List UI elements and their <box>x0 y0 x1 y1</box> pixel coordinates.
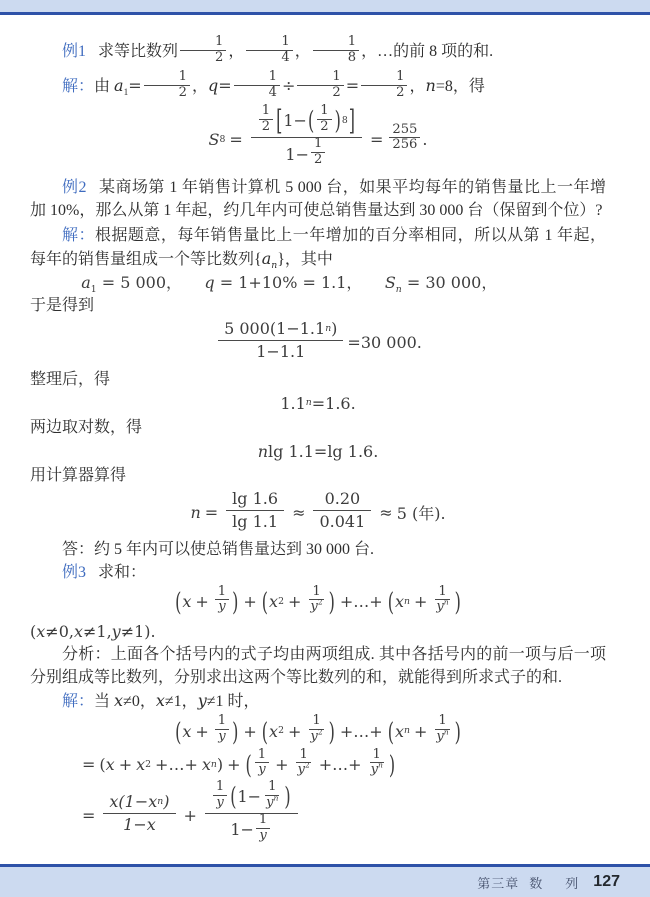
ex3-sum-formula-repeat: (x+1y) + (x2+1y2) +…+ (xn+1yn) <box>30 716 606 746</box>
var-x: x <box>114 691 123 710</box>
y-series-fraction: 1y(1−1yn) 1−1y <box>205 781 298 847</box>
ex2-step1-text: 整理后，得 <box>30 368 606 391</box>
when-tail: ≠1 时， <box>207 693 260 710</box>
q-value: = 1+10% = 1.1， <box>215 273 363 292</box>
page-number: 127 <box>593 873 620 891</box>
comma: ， <box>295 43 311 60</box>
plus: + <box>195 722 208 741</box>
fraction-1-yn: 1yn <box>433 714 451 744</box>
right-paren: ) <box>329 716 335 746</box>
ex3-condition: (x≠0,x≠1,y≠1). <box>30 620 606 643</box>
left-paren: ( <box>388 716 394 746</box>
right-paren: ) <box>329 587 335 617</box>
right-paren: ) <box>232 716 238 746</box>
answer-text: 约 5 年内可以使总销售量达到 30 000 台. <box>94 541 374 558</box>
plus: + <box>195 592 208 611</box>
right-paren: ) <box>455 587 461 617</box>
ellipsis-plus: +…+ <box>340 722 383 741</box>
ellipsis-plus: +…+ <box>155 755 198 774</box>
page-footer: 第三章 数 列 127 <box>0 864 650 897</box>
var-S: S <box>385 273 396 292</box>
ex3-analysis: 分析：上面各个括号内的式子均由两项组成. 其中各括号内的前一项与后一项分别组成等… <box>30 643 606 689</box>
left-paren: ( <box>308 105 314 137</box>
ex1-sol-label: 解： <box>62 78 94 95</box>
fraction-1-y2: 1y2 <box>295 748 313 778</box>
ex1-sol-pre: 由 <box>94 78 114 95</box>
ex2-log-equation: nlg 1.1=lg 1.6. <box>30 442 606 461</box>
answer-label: 答： <box>62 541 94 558</box>
left-paren: ( <box>262 587 268 617</box>
log-text: lg 1.1=lg 1.6. <box>268 442 378 461</box>
neq-1: ≠1， <box>165 693 198 710</box>
equation-rhs: =30 000. <box>347 333 421 352</box>
equals: = <box>218 76 231 95</box>
numerator-x: x(1−x <box>109 792 157 812</box>
var-x: x <box>395 592 404 611</box>
ex2-answer: 答：约 5 年内可以使总销售量达到 30 000 台. <box>30 538 606 561</box>
big-fraction: 5 000(1−1.1n) 1−1.1 <box>218 318 343 363</box>
ex2-follow-text: 于是得到 <box>30 294 606 317</box>
numerator-close: ) <box>331 319 337 339</box>
ex3-solution-intro: 解：当 x≠0，x≠1，y≠1 时， <box>30 689 606 713</box>
fraction-1-2: 12 <box>297 70 343 100</box>
left-paren: ( <box>246 749 252 779</box>
neq-1: ≠1, <box>83 622 112 641</box>
right-paren: ) <box>284 781 290 813</box>
one-minus: 1− <box>238 787 262 807</box>
equals: = <box>346 76 359 95</box>
equals: = <box>82 755 95 774</box>
ex1-label: 例1 <box>62 43 86 60</box>
left-paren: ( <box>175 716 181 746</box>
ex1-intro: 例1求等比数列12，14，18，…的前 8 项的和. <box>30 35 606 69</box>
step-text: 整理后，得 <box>30 371 110 388</box>
var-q: q <box>208 76 218 95</box>
var-x: x <box>395 722 404 741</box>
var-x: x <box>106 755 115 774</box>
ex1-solution-line: 解：由 a1=12，q=14÷12=12，n=8，得 <box>30 69 606 104</box>
left-paren: ( <box>230 781 236 813</box>
approx-sign: ≈ <box>292 503 305 522</box>
ex2-sol-label: 解： <box>62 227 95 244</box>
var-x: x <box>74 622 83 641</box>
var-y: y <box>112 622 121 641</box>
left-paren: ( <box>262 716 268 746</box>
ex2-step3-text: 用计算器算得 <box>30 464 606 487</box>
ex2-solution-intro: 解：根据题意，每年销售量比上一年增加的百分率相同，所以从第 1 年起，每年的销售… <box>30 224 606 271</box>
equals: = <box>370 130 383 149</box>
fraction-1-8: 18 <box>313 35 359 65</box>
rhs: =1.6. <box>312 394 356 413</box>
denominator-text: 1−1.1 <box>256 342 305 362</box>
footer-word-lie: 列 <box>565 873 579 892</box>
ex2-given-values: a1 = 5 000，q = 1+10% = 1.1，Sn = 30 000， <box>81 271 606 294</box>
right-bracket: ] <box>349 104 355 139</box>
ex3-sum-formula: (x+1y) + (x2+1y2) +…+ (xn+1yn) <box>30 587 606 617</box>
fraction-1-yn: 1yn <box>368 748 386 778</box>
ex2-n-result: n= lg 1.6lg 1.1 ≈ 0.200.041 ≈5 (年). <box>30 490 606 535</box>
neq-0: ≠0, <box>45 622 74 641</box>
textbook-page: { "colors": { "accent": "#3e6bbf", "bar-… <box>0 0 650 897</box>
var-a: a <box>114 76 124 95</box>
ellipsis-plus: +…+ <box>319 755 362 774</box>
plus: + <box>227 755 240 774</box>
sn-value: = 30 000， <box>402 273 498 292</box>
fraction-1-y2: 1y2 <box>307 714 325 744</box>
var-y: y <box>198 691 207 710</box>
fraction-1-2: 12 <box>317 104 331 134</box>
analysis-text: 上面各个括号内的式子均由两项组成. 其中各括号内的前一项与后一项分别组成等比数列… <box>30 646 606 686</box>
right-paren: ) <box>455 716 461 746</box>
page-content: 例1求等比数列12，14，18，…的前 8 项的和. 解：由 a1=12，q=1… <box>0 15 650 849</box>
fraction-1-2: 12 <box>311 137 325 167</box>
log-fraction: lg 1.6lg 1.1 <box>226 488 284 533</box>
ex1-s8-formula: S8= 12[1−(12)8] 1−12 = 255256. <box>30 107 606 173</box>
ex3-step-split: = (x+x2+…+xn) + (1y+1y2+…+1yn) <box>30 750 606 780</box>
footer-word-shu: 数 <box>529 873 543 892</box>
var-x: x <box>269 592 278 611</box>
right-paren: ) <box>232 587 238 617</box>
one-minus: 1− <box>230 820 254 840</box>
denominator-x: 1−x <box>123 815 156 835</box>
equals: = <box>128 76 141 95</box>
equals: = <box>229 130 242 149</box>
period: . <box>422 130 427 149</box>
var-x: x <box>202 755 211 774</box>
base: 1.1 <box>280 394 305 413</box>
fraction-1-2: 12 <box>259 104 273 134</box>
footer-bar: 第三章 数 列 127 <box>0 867 650 897</box>
a1-value: = 5 000， <box>97 273 182 292</box>
plus: + <box>288 722 301 741</box>
var-x: x <box>182 722 191 741</box>
fraction-1-yn: 1yn <box>433 585 451 615</box>
ex3-step-result: = x(1−xn) 1−x + 1y(1−1yn) 1−1y <box>30 783 606 849</box>
top-bar-light <box>0 0 650 12</box>
one-minus: 1− <box>283 111 307 131</box>
right-paren: ) <box>389 749 395 779</box>
divide-sign: ÷ <box>282 76 295 95</box>
neq-1-close: ≠1). <box>121 622 156 641</box>
ex1-intro-text: 求等比数列 <box>98 43 178 60</box>
var-x: x <box>269 722 278 741</box>
ex3-heading: 例3求和： <box>30 561 606 584</box>
var-a: a <box>262 249 272 268</box>
fraction-1-y2: 1y2 <box>307 585 325 615</box>
follow-text: 于是得到 <box>30 297 94 314</box>
ex2-eq-power: 1.1n=1.6. <box>30 394 606 413</box>
ex2-sum-equation: 5 000(1−1.1n) 1−1.1 =30 000. <box>30 320 606 365</box>
ex3-title: 求和： <box>98 564 146 581</box>
when-text: 当 <box>94 693 114 710</box>
approx-sign: ≈ <box>379 503 392 522</box>
var-n: n <box>258 442 268 461</box>
right-paren: ) <box>217 755 223 774</box>
var-S: S <box>209 130 220 149</box>
ex2-step2-text: 两边取对数，得 <box>30 416 606 439</box>
ex3-label: 例3 <box>62 564 86 581</box>
right-paren: ) <box>335 105 341 137</box>
plus: + <box>184 806 197 825</box>
fraction-1-4: 14 <box>246 35 292 65</box>
fraction-1-y: 1y <box>215 714 229 744</box>
fraction-1-y: 1y <box>255 748 269 778</box>
var-n: n <box>190 503 200 522</box>
one-minus: 1− <box>285 145 309 165</box>
var-x: x <box>156 691 165 710</box>
big-fraction: 12[1−(12)8] 1−12 <box>251 105 362 171</box>
var-a: a <box>81 273 91 292</box>
var-x: x <box>182 592 191 611</box>
plus: + <box>288 592 301 611</box>
plus: + <box>243 722 256 741</box>
plus: + <box>414 722 427 741</box>
var-n: n <box>426 76 436 95</box>
fraction-1-2: 12 <box>144 70 190 100</box>
numerator-text: 5 000(1−1.1 <box>224 319 325 339</box>
neq-0: ≠0， <box>123 693 156 710</box>
ex2-label: 例2 <box>62 179 86 196</box>
equals: = <box>205 503 218 522</box>
fraction-1-2: 12 <box>180 35 226 65</box>
fraction-1-yn: 1yn <box>263 780 281 810</box>
fraction-1-y: 1y <box>215 585 229 615</box>
step-text: 用计算器算得 <box>30 467 126 484</box>
left-paren: ( <box>175 587 181 617</box>
decimal-fraction: 0.200.041 <box>313 488 371 533</box>
ex1-intro-tail: ，…的前 8 项的和. <box>361 43 493 60</box>
analysis-label: 分析： <box>62 646 111 663</box>
x-series-fraction: x(1−xn) 1−x <box>103 791 175 836</box>
var-x: x <box>36 622 45 641</box>
fraction-255-256: 255256 <box>389 123 420 153</box>
ex2-sol-text-b: }，其中 <box>277 251 333 268</box>
result-value: 5 (年). <box>397 501 446 524</box>
plus: + <box>119 755 132 774</box>
fraction-1-4: 14 <box>234 70 280 100</box>
comma: ， <box>192 78 208 95</box>
plus: + <box>243 592 256 611</box>
equals: = <box>82 806 95 825</box>
plus: + <box>275 755 288 774</box>
var-x: x <box>136 755 145 774</box>
ex3-sol-label: 解： <box>62 693 94 710</box>
plus: + <box>414 592 427 611</box>
left-paren: ( <box>388 587 394 617</box>
footer-chapter: 第三章 <box>477 873 519 892</box>
var-q: q <box>204 273 214 292</box>
ex2-problem: 例2某商场第 1 年销售计算机 5 000 台，如果平均每年的销售量比上一年增加… <box>30 176 606 222</box>
fraction-1-y: 1y <box>213 780 227 810</box>
numerator-close: ) <box>163 792 169 812</box>
ex1-sol-tail: =8，得 <box>436 78 485 95</box>
fraction-1-2: 12 <box>361 70 407 100</box>
ellipsis-plus: +…+ <box>340 592 383 611</box>
left-bracket: [ <box>276 104 282 139</box>
ex2-problem-text: 某商场第 1 年销售计算机 5 000 台，如果平均每年的销售量比上一年增加 1… <box>30 179 606 219</box>
comma: ， <box>228 43 244 60</box>
fraction-1-y: 1y <box>256 813 270 843</box>
comma: ， <box>409 78 425 95</box>
step-text: 两边取对数，得 <box>30 419 142 436</box>
